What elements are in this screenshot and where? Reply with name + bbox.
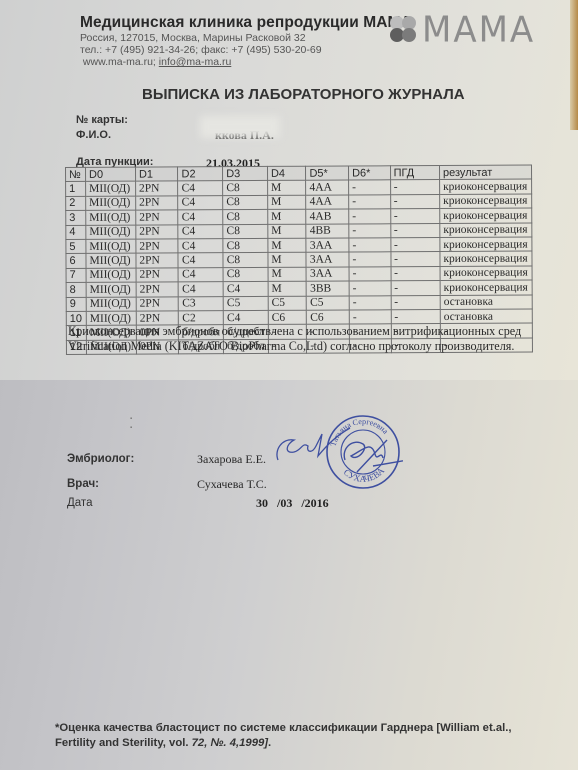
- table-cell: МII(ОД): [86, 210, 136, 225]
- table-cell: криоконсервация: [440, 223, 532, 238]
- clinic-header: Медицинская клиника репродукции МАМА Рос…: [80, 14, 412, 68]
- logo-dots-icon: [388, 15, 418, 45]
- table-cell: -: [349, 295, 391, 310]
- clinic-website[interactable]: www.ma-ma.ru;: [83, 56, 156, 68]
- date-label: Дата: [67, 497, 92, 509]
- table-cell: -: [390, 223, 439, 238]
- table-cell: МII(ОД): [86, 182, 136, 197]
- column-header-1: D0: [85, 167, 135, 182]
- table-cell: C4: [179, 267, 224, 282]
- patient-name-label: Ф.И.О.: [76, 129, 111, 141]
- table-cell: M: [268, 281, 307, 296]
- column-header-6: D5*: [306, 166, 349, 181]
- cryopreservation-note: Криоконсервация эмбрионов осуществлена с…: [68, 324, 548, 354]
- svg-text:СУХАЧЕВА: СУХАЧЕВА: [342, 465, 387, 484]
- table-cell: C4: [223, 310, 268, 325]
- table-cell: криоконсервация: [440, 280, 532, 295]
- table-cell: C4: [178, 181, 223, 196]
- column-header-8: ПГД: [390, 166, 439, 181]
- signature-date-value: 30 /03 /2016: [256, 496, 329, 511]
- table-cell: остановка: [440, 309, 532, 324]
- table-cell: 2PN: [136, 282, 179, 297]
- table-cell: МII(ОД): [86, 225, 136, 240]
- table-cell: -: [391, 252, 440, 267]
- redacted-area: [200, 116, 280, 138]
- table-cell: -: [349, 310, 391, 325]
- table-cell: 4AA: [306, 195, 349, 210]
- table-cell: 4AB: [306, 209, 349, 224]
- table-cell: 4: [66, 225, 86, 239]
- table-cell: C4: [178, 224, 223, 239]
- table-cell: 4AA: [306, 180, 349, 195]
- table-cell: C6: [307, 310, 350, 325]
- table-cell: -: [349, 267, 391, 282]
- note-line-1: Криоконсервация эмбрионов осуществлена с…: [68, 324, 548, 339]
- table-cell: 2PN: [136, 239, 179, 254]
- table-cell: 3AA: [306, 252, 349, 267]
- logo-text: MAMA: [422, 9, 535, 51]
- table-cell: 2PN: [136, 253, 179, 268]
- clinic-address: Россия, 127015, Москва, Марины Расковой …: [80, 32, 412, 44]
- table-cell: -: [349, 281, 391, 296]
- table-cell: -: [391, 266, 440, 281]
- clinic-phones: тел.: +7 (495) 921-34-26; факс: +7 (495)…: [80, 44, 412, 56]
- table-cell: криоконсервация: [440, 237, 532, 252]
- footnote-text: *Оценка качества бластоцист по системе к…: [55, 722, 512, 749]
- footnote: *Оценка качества бластоцист по системе к…: [55, 721, 555, 751]
- table-edge: [570, 0, 578, 130]
- table-cell: криоконсервация: [440, 266, 532, 281]
- table-cell: M: [268, 267, 307, 282]
- table-cell: 2PN: [136, 268, 179, 283]
- table-cell: M: [267, 181, 306, 196]
- table-cell: -: [349, 209, 391, 224]
- note-line-2: Vitrification Media (KITAZATO BioPharma …: [68, 339, 548, 354]
- table-cell: C8: [223, 224, 268, 239]
- table-cell: C2: [179, 311, 224, 326]
- footnote-citation: 72, №. 4,1999]: [192, 737, 268, 749]
- table-cell: 3: [66, 211, 86, 225]
- table-cell: -: [390, 237, 439, 252]
- clinic-name: Медицинская клиника репродукции МАМА: [80, 14, 412, 32]
- footnote-end: .: [268, 737, 271, 749]
- table-cell: 3AA: [306, 238, 349, 253]
- table-cell: 2PN: [135, 181, 178, 196]
- table-cell: 2PN: [136, 296, 179, 311]
- table-cell: C4: [223, 282, 268, 297]
- table-cell: МII(ОД): [86, 282, 136, 297]
- table-cell: -: [391, 281, 440, 296]
- table-cell: 1: [66, 182, 86, 196]
- table-cell: C6: [268, 310, 307, 325]
- table-cell: -: [349, 223, 391, 238]
- doctor-label: Врач:: [67, 478, 99, 490]
- column-header-0: №: [66, 167, 86, 181]
- table-cell: C8: [223, 181, 268, 196]
- table-cell: МII(ОД): [86, 253, 136, 268]
- table-cell: -: [391, 295, 440, 310]
- table-cell: 5: [66, 239, 86, 253]
- table-cell: C8: [223, 210, 268, 225]
- clinic-web: www.ma-ma.ru; info@ma-ma.ru: [80, 56, 412, 68]
- table-cell: -: [349, 252, 391, 267]
- table-cell: МII(ОД): [86, 297, 136, 312]
- column-header-3: D2: [178, 167, 223, 182]
- table-cell: -: [349, 238, 391, 253]
- table-cell: C5: [268, 296, 307, 311]
- table-cell: -: [390, 180, 439, 195]
- embryologist-name: Захарова Е.Е.: [197, 452, 266, 467]
- table-cell: 9: [66, 297, 86, 311]
- table-cell: M: [268, 224, 307, 239]
- table-cell: криоконсервация: [440, 179, 532, 194]
- table-cell: M: [268, 238, 307, 253]
- table-cell: -: [349, 195, 391, 210]
- clinic-email[interactable]: info@ma-ma.ru: [159, 56, 232, 68]
- table-cell: 4BB: [306, 224, 349, 239]
- table-cell: 6: [66, 254, 86, 268]
- table-cell: C4: [178, 210, 223, 225]
- embryologist-label: Эмбриолог:: [67, 453, 134, 465]
- paper-specks: ▪▪: [130, 415, 132, 433]
- table-cell: M: [268, 209, 307, 224]
- table-cell: криоконсервация: [440, 251, 532, 266]
- column-header-9: результат: [439, 165, 531, 180]
- table-cell: МII(ОД): [86, 196, 136, 211]
- table-cell: МII(ОД): [86, 268, 136, 283]
- table-cell: C5: [307, 296, 350, 311]
- table-cell: -: [391, 309, 440, 324]
- table-cell: 7: [66, 268, 86, 282]
- logo-dot: [402, 28, 416, 42]
- table-cell: C8: [223, 195, 268, 210]
- column-header-2: D1: [135, 167, 178, 182]
- table-cell: M: [268, 195, 307, 210]
- table-cell: C3: [179, 296, 224, 311]
- table-cell: C8: [223, 267, 268, 282]
- table-cell: криоконсервация: [440, 194, 532, 209]
- column-header-7: D6*: [349, 166, 391, 181]
- table-cell: M: [268, 253, 307, 268]
- table-cell: 8: [66, 283, 86, 297]
- table-cell: C4: [178, 239, 223, 254]
- table-cell: остановка: [440, 295, 532, 310]
- table-cell: 3BB: [307, 281, 350, 296]
- table-cell: криоконсервация: [440, 208, 532, 223]
- table-cell: C5: [223, 296, 268, 311]
- table-cell: -: [390, 209, 439, 224]
- table-cell: C4: [178, 253, 223, 268]
- table-cell: МII(ОД): [86, 239, 136, 254]
- card-number-label: № карты:: [76, 114, 128, 126]
- column-header-4: D3: [223, 166, 268, 181]
- table-cell: C4: [178, 195, 223, 210]
- column-header-5: D4: [267, 166, 306, 181]
- table-cell: 2PN: [136, 224, 179, 239]
- doctor-name: Сухачева Т.С.: [197, 477, 267, 492]
- table-cell: C8: [223, 253, 268, 268]
- table-cell: -: [390, 194, 439, 209]
- table-cell: 2PN: [136, 196, 179, 211]
- doctor-stamp-icon: Татьяна Сергеевна СУХАЧЕВА: [323, 410, 403, 490]
- clinic-logo: MAMA: [388, 10, 535, 50]
- table-cell: -: [349, 180, 391, 195]
- table-cell: C4: [179, 282, 224, 297]
- table-cell: 2: [66, 196, 86, 210]
- table-cell: C8: [223, 238, 268, 253]
- table-cell: 3AA: [306, 267, 349, 282]
- document-title: ВЫПИСКА ИЗ ЛАБОРАТОРНОГО ЖУРНАЛА: [142, 86, 465, 103]
- table-cell: 2PN: [136, 210, 179, 225]
